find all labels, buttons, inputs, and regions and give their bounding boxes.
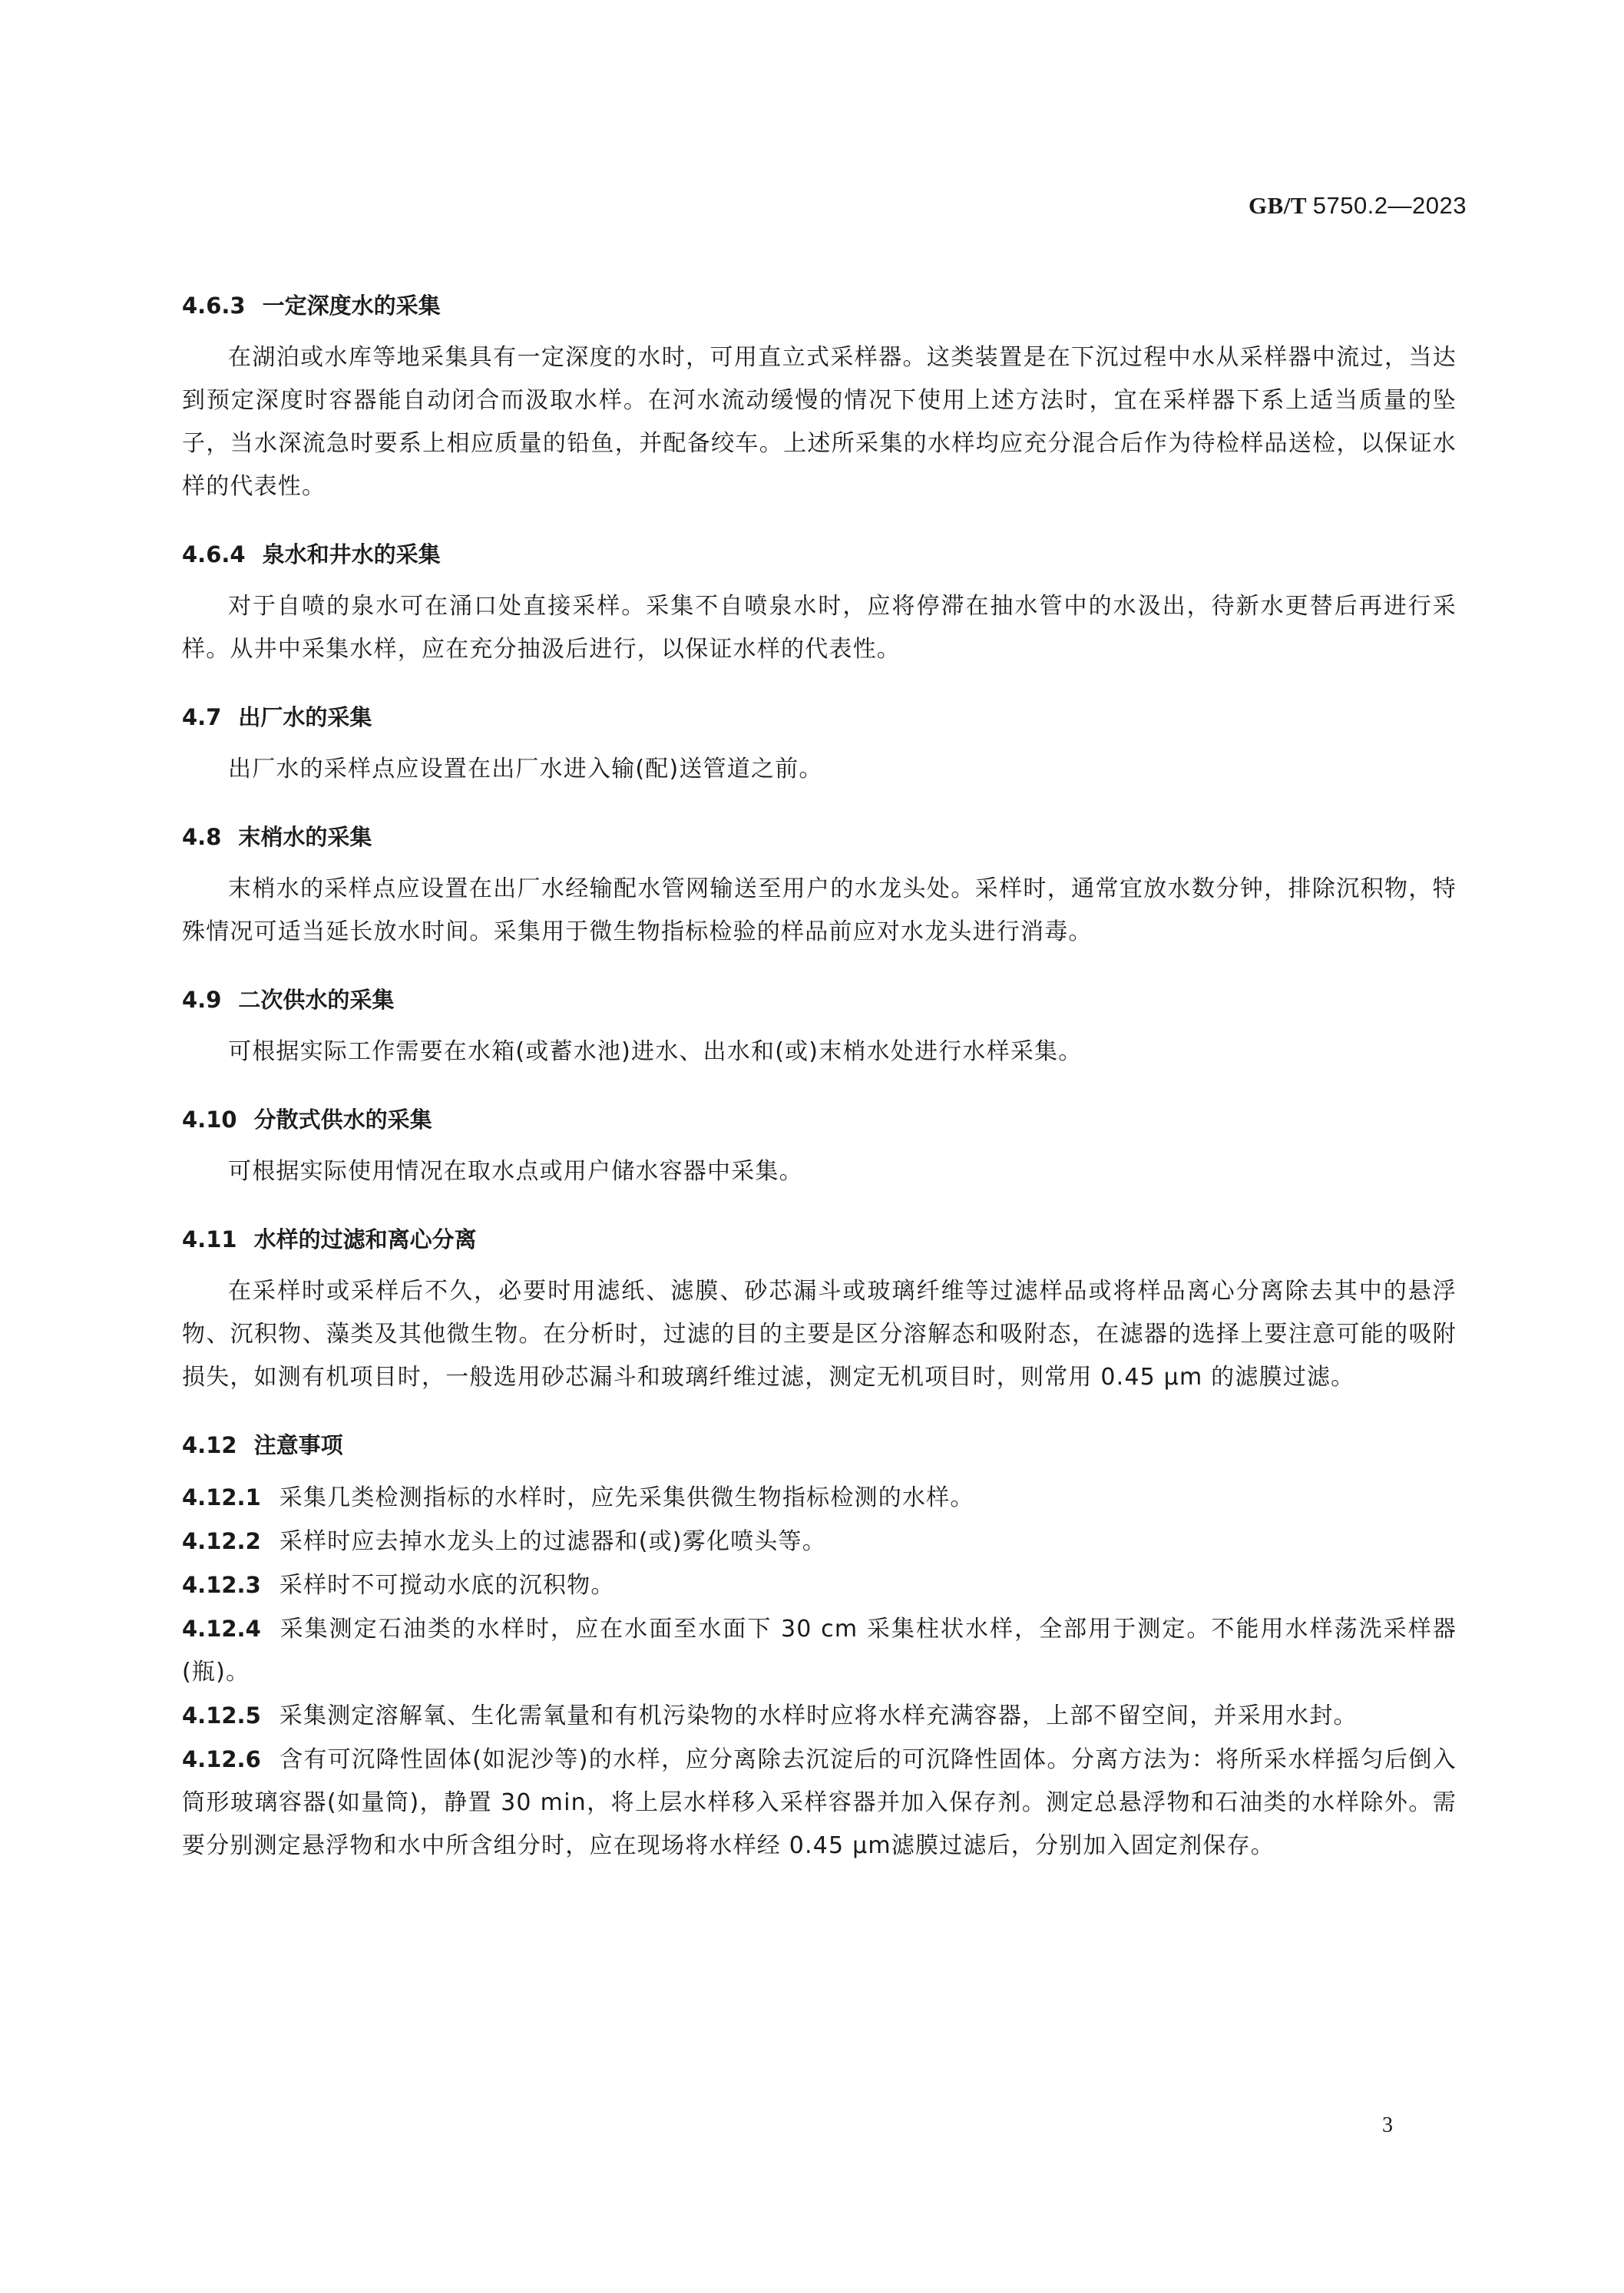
- clause-text: 采集测定石油类的水样时，应在水面至水面下 30 cm 采集柱状水样，全部用于测定…: [182, 1616, 1457, 1686]
- clause-4-12-3: 4.12.3采样时不可搅动水底的沉积物。: [182, 1563, 1457, 1607]
- section-title: 分散式供水的采集: [254, 1107, 432, 1133]
- clause-text: 采样时不可搅动水底的沉积物。: [279, 1572, 615, 1599]
- section-heading-4-9: 4.9二次供水的采集: [182, 984, 1457, 1015]
- section-heading-4-11: 4.11水样的过滤和离心分离: [182, 1224, 1457, 1255]
- page-number: 3: [1382, 2113, 1393, 2138]
- standard-header: GB/T 5750.2—2023: [1249, 192, 1467, 220]
- clause-4-12-4: 4.12.4采集测定石油类的水样时，应在水面至水面下 30 cm 采集柱状水样，…: [182, 1607, 1457, 1694]
- clause-text: 采集几类检测指标的水样时，应先采集供微生物指标检测的水样。: [279, 1484, 974, 1511]
- section-title: 泉水和井水的采集: [263, 541, 441, 567]
- section-title: 出厂水的采集: [238, 704, 372, 730]
- paragraph: 可根据实际工作需要在水箱(或蓄水池)进水、出水和(或)末梢水处进行水样采集。: [182, 1031, 1457, 1074]
- clause-number: 4.12.1: [182, 1484, 261, 1510]
- section-title: 水样的过滤和离心分离: [254, 1226, 477, 1252]
- clause-number: 4.12.4: [182, 1616, 261, 1642]
- paragraph: 出厂水的采样点应设置在出厂水进入输(配)送管道之前。: [182, 748, 1457, 791]
- section-title: 二次供水的采集: [238, 987, 394, 1013]
- paragraph: 可根据实际使用情况在取水点或用户储水容器中采集。: [182, 1150, 1457, 1193]
- paragraph: 在采样时或采样后不久，必要时用滤纸、滤膜、砂芯漏斗或玻璃纤维等过滤样品或将样品离…: [182, 1270, 1457, 1399]
- document-body: 4.6.3一定深度水的采集 在湖泊或水库等地采集具有一定深度的水时，可用直立式采…: [182, 290, 1457, 1868]
- section-heading-4-6-3: 4.6.3一定深度水的采集: [182, 290, 1457, 321]
- section-heading-4-12: 4.12注意事项: [182, 1430, 1457, 1461]
- standard-prefix: GB/T: [1249, 192, 1307, 219]
- section-title: 一定深度水的采集: [263, 293, 441, 319]
- section-number: 4.10: [182, 1104, 237, 1135]
- clause-4-12-2: 4.12.2采样时应去掉水龙头上的过滤器和(或)雾化喷头等。: [182, 1520, 1457, 1563]
- standard-number: 5750.2—2023: [1313, 192, 1467, 219]
- section-heading-4-10: 4.10分散式供水的采集: [182, 1104, 1457, 1135]
- clause-text: 采样时应去掉水龙头上的过滤器和(或)雾化喷头等。: [279, 1528, 826, 1555]
- section-number: 4.6.3: [182, 290, 246, 321]
- clause-text: 采集测定溶解氧、生化需氧量和有机污染物的水样时应将水样充满容器，上部不留空间，并…: [279, 1702, 1358, 1729]
- clause-number: 4.12.6: [182, 1746, 261, 1772]
- section-title: 末梢水的采集: [238, 824, 372, 850]
- section-number: 4.11: [182, 1224, 237, 1255]
- clause-4-12-1: 4.12.1采集几类检测指标的水样时，应先采集供微生物指标检测的水样。: [182, 1476, 1457, 1520]
- clause-4-12-6: 4.12.6含有可沉降性固体(如泥沙等)的水样，应分离除去沉淀后的可沉降性固体。…: [182, 1738, 1457, 1868]
- section-heading-4-7: 4.7出厂水的采集: [182, 702, 1457, 733]
- section-number: 4.7: [182, 702, 221, 733]
- section-number: 4.6.4: [182, 539, 246, 570]
- paragraph: 对于自喷的泉水可在涌口处直接采样。采集不自喷泉水时，应将停滞在抽水管中的水汲出，…: [182, 585, 1457, 671]
- clause-number: 4.12.2: [182, 1528, 261, 1554]
- clause-text: 含有可沉降性固体(如泥沙等)的水样，应分离除去沉淀后的可沉降性固体。分离方法为：…: [182, 1746, 1457, 1859]
- paragraph: 末梢水的采样点应设置在出厂水经输配水管网输送至用户的水龙头处。采样时，通常宜放水…: [182, 868, 1457, 954]
- section-heading-4-8: 4.8末梢水的采集: [182, 822, 1457, 852]
- section-number: 4.8: [182, 822, 221, 852]
- section-number: 4.9: [182, 984, 221, 1015]
- section-heading-4-6-4: 4.6.4泉水和井水的采集: [182, 539, 1457, 570]
- clause-4-12-5: 4.12.5采集测定溶解氧、生化需氧量和有机污染物的水样时应将水样充满容器，上部…: [182, 1694, 1457, 1738]
- section-number: 4.12: [182, 1430, 237, 1461]
- clause-number: 4.12.3: [182, 1572, 261, 1598]
- clause-number: 4.12.5: [182, 1702, 261, 1729]
- paragraph: 在湖泊或水库等地采集具有一定深度的水时，可用直立式采样器。这类装置是在下沉过程中…: [182, 336, 1457, 508]
- section-title: 注意事项: [254, 1432, 343, 1458]
- document-page: GB/T 5750.2—2023 4.6.3一定深度水的采集 在湖泊或水库等地采…: [0, 0, 1624, 2293]
